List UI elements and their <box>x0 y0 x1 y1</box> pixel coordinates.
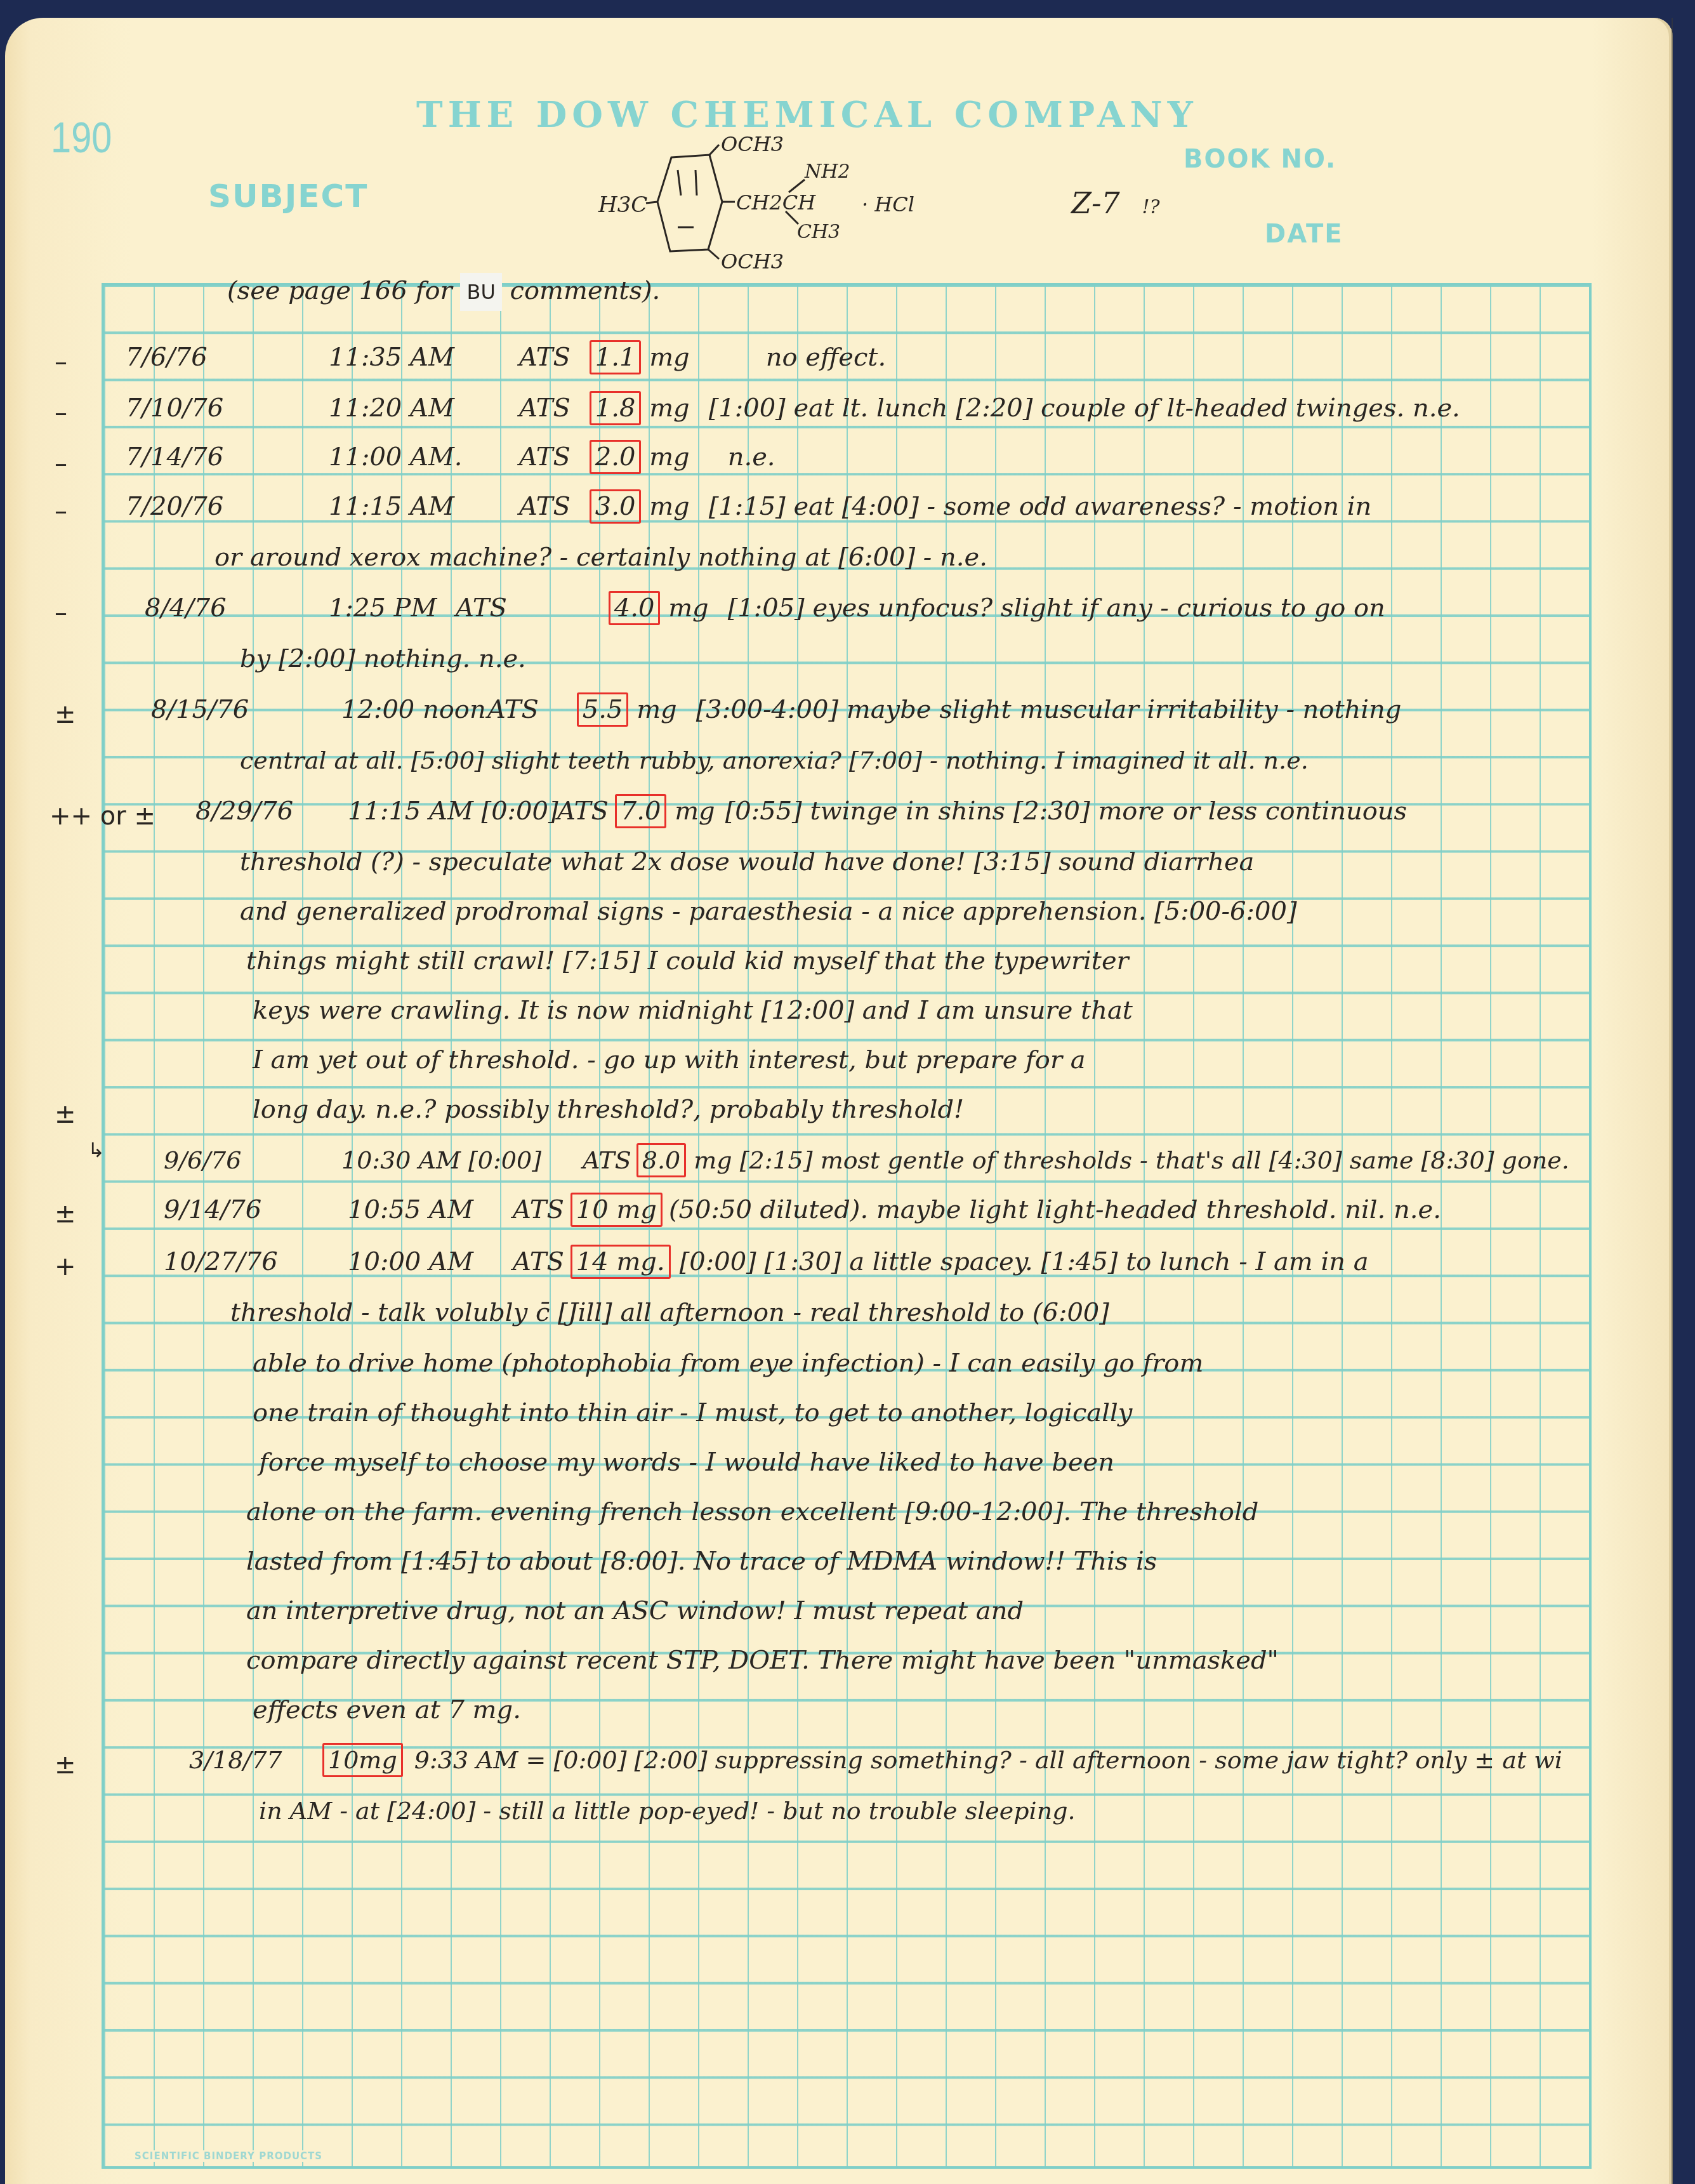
entry-date: 8/4/76 <box>145 589 329 627</box>
rating-mark: ± <box>55 1100 76 1129</box>
amine-group: NH2 <box>805 161 850 183</box>
dose-value: 10 <box>328 1746 359 1774</box>
compound: ATS <box>557 797 609 826</box>
entry-note: n.e. <box>728 442 775 472</box>
note-header-page-ref: 166 <box>359 276 407 305</box>
entry-line: 8/15/7612:00 noonATS5.5 mg[3:00-4:00] ma… <box>151 691 1401 729</box>
rating-mark: ± <box>55 700 76 729</box>
dose-box: 1.1 <box>590 340 642 374</box>
side-chain: CH2CH <box>736 190 815 215</box>
compound: ATS <box>583 1146 631 1174</box>
page-edge <box>1672 18 1673 2184</box>
rating-mark: ++ or ± <box>49 802 155 831</box>
dose-box: 1.8 <box>590 391 642 425</box>
entry-note: [2:15] most gentle of thresholds - that'… <box>740 1146 1569 1174</box>
methoxy-bottom: OCH3 <box>721 249 784 274</box>
entry-continuation: able to drive home (photophobia from eye… <box>253 1344 1203 1382</box>
subject-label: SUBJECT <box>208 178 368 215</box>
entry-time: 1:25 PM <box>329 589 456 627</box>
dose-unit: mg <box>649 442 690 472</box>
notebook-page: 190 THE DOW CHEMICAL COMPANY SUBJECT BOO… <box>5 18 1673 2184</box>
dose-unit: mg <box>636 695 677 724</box>
dose-unit: mg <box>675 797 715 826</box>
dose-box: 14 mg. <box>570 1245 671 1279</box>
book-number-value: Z-7 <box>1071 186 1120 220</box>
entry-line: 3/18/7710mg9:33 AM = [0:00] [2:00] suppr… <box>189 1741 1562 1779</box>
dose-box: 8.0 <box>636 1143 686 1177</box>
entry-line: 8/29/7611:15 AM [0:00]ATS7.0 mg[0:55] tw… <box>195 792 1407 830</box>
note-header-mid: for <box>416 276 452 305</box>
dose-box: 7.0 <box>615 794 667 828</box>
rating-mark: ± <box>55 1200 76 1229</box>
note-header-suffix: comments). <box>510 276 661 305</box>
note-header: (see page 166 for BU comments). <box>227 272 660 310</box>
rating-mark: – <box>55 599 67 628</box>
entry-continuation: alone on the farm. evening french lesson… <box>246 1493 1258 1531</box>
arrow-icon: ↳ <box>88 1138 105 1162</box>
dose-unit: mg <box>649 394 690 423</box>
entry-date: 7/20/76 <box>126 487 329 526</box>
compound: ATS <box>456 593 507 623</box>
dose-box: 10 mg <box>570 1193 663 1227</box>
dose-unit: mg <box>649 492 690 521</box>
dose-box: 10mg <box>322 1743 403 1777</box>
entry-note: [1:05] eyes unfocus? slight if any - cur… <box>728 593 1385 623</box>
dose-unit: mg <box>694 1146 732 1174</box>
salt-form: · HCl <box>862 192 914 216</box>
dose-unit: mg. <box>616 1247 664 1276</box>
date-label: DATE <box>1265 220 1343 249</box>
entry-continuation: long day. n.e.? possibly threshold?, pro… <box>253 1090 964 1128</box>
methoxy-top: OCH3 <box>721 132 784 156</box>
compound: ATS <box>519 442 570 472</box>
entry-continuation: keys were crawling. It is now midnight [… <box>253 991 1133 1029</box>
entry-time: 10:30 AM [0:00] <box>341 1141 583 1179</box>
entry-date: 9/6/76 <box>164 1141 341 1179</box>
dose-unit: mg <box>616 1195 657 1224</box>
entry-date: 3/18/77 <box>189 1741 322 1779</box>
entry-time: 10:55 AM <box>348 1191 513 1229</box>
entry-date: 7/10/76 <box>126 389 329 427</box>
dose-box: 5.5 <box>577 692 629 727</box>
entry-continuation: one train of thought into thin air - I m… <box>253 1394 1132 1432</box>
rating-mark: ± <box>55 1751 76 1780</box>
page-number: 190 <box>51 113 112 162</box>
book-number: Z-7 !? <box>1071 186 1160 220</box>
dose-box: 3.0 <box>590 489 642 524</box>
entry-line: 9/14/7610:55 AMATS10 mg(50:50 diluted). … <box>164 1191 1441 1229</box>
entry-line: 8/4/761:25 PMATS4.0 mg[1:05] eyes unfocu… <box>145 589 1385 627</box>
methyl-substituent: H3C <box>598 192 647 218</box>
rating-mark: – <box>55 497 67 526</box>
dose-unit: mg <box>649 343 690 372</box>
compound: ATS <box>513 1247 564 1276</box>
entry-time: 10:00 AM <box>348 1243 513 1281</box>
compound: ATS <box>487 695 539 724</box>
entry-time: 11:20 AM <box>329 389 519 427</box>
entry-time: 11:15 AM <box>329 487 519 526</box>
entry-date: 8/29/76 <box>195 792 348 830</box>
entry-continuation: or around xerox machine? - certainly not… <box>214 538 987 576</box>
book-number-note: !? <box>1142 196 1159 218</box>
entry-continuation: effects even at 7 mg. <box>253 1691 521 1729</box>
entry-line: 7/6/7611:35 AMATS1.1 mgno effect. <box>126 338 886 376</box>
entry-continuation: compare directly against recent STP, DOE… <box>246 1641 1279 1679</box>
entry-continuation: I am yet out of threshold. - go up with … <box>253 1041 1086 1079</box>
entry-continuation: lasted from [1:45] to about [8:00]. No t… <box>246 1542 1157 1580</box>
dose-value: 10 <box>576 1195 609 1224</box>
entry-line: 7/20/7611:15 AMATS3.0 mg[1:15] eat [4:00… <box>126 487 1371 526</box>
entry-date: 9/14/76 <box>164 1191 348 1229</box>
entry-continuation: threshold (?) - speculate what 2x dose w… <box>240 843 1254 881</box>
entry-time: 11:00 AM. <box>329 438 519 476</box>
compound: ATS <box>519 492 570 521</box>
dose-unit: mg <box>668 593 709 623</box>
entry-note: (50:50 diluted). maybe light light-heade… <box>669 1195 1441 1224</box>
entry-continuation: an interpretive drug, not an ASC window!… <box>246 1592 1024 1630</box>
entry-continuation: and generalized prodromal signs - paraes… <box>240 892 1297 930</box>
entry-line: 7/14/7611:00 AM.ATS2.0 mgn.e. <box>126 438 775 476</box>
entry-continuation: threshold - talk volubly c̄ [Jill] all a… <box>230 1294 1109 1332</box>
entry-date: 7/6/76 <box>126 338 329 376</box>
company-heading: THE DOW CHEMICAL COMPANY <box>416 94 1198 136</box>
dose-box: 2.0 <box>590 440 642 474</box>
entry-time: 11:15 AM [0:00] <box>348 792 557 830</box>
methyl-branch: CH3 <box>797 221 840 243</box>
rating-mark: – <box>55 399 67 428</box>
entry-note: [1:00] eat lt. lunch [2:20] couple of lt… <box>709 394 1460 423</box>
rating-mark: – <box>55 449 67 479</box>
entry-continuation: in AM - at [24:00] - still a little pop-… <box>259 1792 1076 1830</box>
entry-date: 8/15/76 <box>151 691 341 729</box>
entry-continuation: by [2:00] nothing. n.e. <box>240 640 526 678</box>
entry-note: [0:55] twinge in shins [2:30] more or le… <box>725 797 1407 826</box>
entry-continuation: central at all. [5:00] slight teeth rubb… <box>240 741 1309 779</box>
entry-time: 12:00 noon <box>341 691 487 729</box>
rating-mark: – <box>55 348 67 377</box>
entry-line: 9/6/7610:30 AM [0:00]ATS8.0 mg[2:15] mos… <box>164 1141 1569 1179</box>
entry-line: 10/27/7610:00 AMATS14 mg.[0:00] [1:30] a… <box>164 1243 1369 1281</box>
entry-note: no effect. <box>766 343 886 372</box>
entry-time: 9:33 AM = [0:00] <box>414 1746 627 1774</box>
redaction-box: BU <box>460 273 501 311</box>
entry-note: [3:00-4:00] maybe slight muscular irrita… <box>696 695 1402 724</box>
rating-mark: + <box>55 1252 76 1281</box>
bindery-imprint: SCIENTIFIC BINDERY PRODUCTS <box>132 2150 325 2162</box>
note-header-prefix: (see page <box>227 276 351 305</box>
compound: ATS <box>513 1195 564 1224</box>
entry-note: [0:00] [1:30] a little spacey. [1:45] to… <box>680 1247 1369 1276</box>
entry-note: [1:15] eat [4:00] - some odd awareness? … <box>709 492 1372 521</box>
dose-value: 14 <box>576 1247 609 1276</box>
compound: ATS <box>519 394 570 423</box>
entry-note: [2:00] suppressing something? - all afte… <box>635 1746 1562 1774</box>
entry-continuation: things might still crawl! [7:15] I could… <box>246 942 1129 980</box>
entry-date: 10/27/76 <box>164 1243 348 1281</box>
dose-unit: mg <box>359 1746 397 1774</box>
entry-continuation: force myself to choose my words - I woul… <box>259 1443 1114 1481</box>
entry-line: 7/10/7611:20 AMATS1.8 mg[1:00] eat lt. l… <box>126 389 1460 427</box>
dose-box: 4.0 <box>609 591 661 625</box>
entry-date: 7/14/76 <box>126 438 329 476</box>
book-no-label: BOOK NO. <box>1184 145 1336 174</box>
compound: ATS <box>519 343 570 372</box>
entry-time: 11:35 AM <box>329 338 519 376</box>
chemical-structure: H3C OCH3 OCH3 CH2CH NH2 CH3 · HCl <box>595 132 1001 272</box>
